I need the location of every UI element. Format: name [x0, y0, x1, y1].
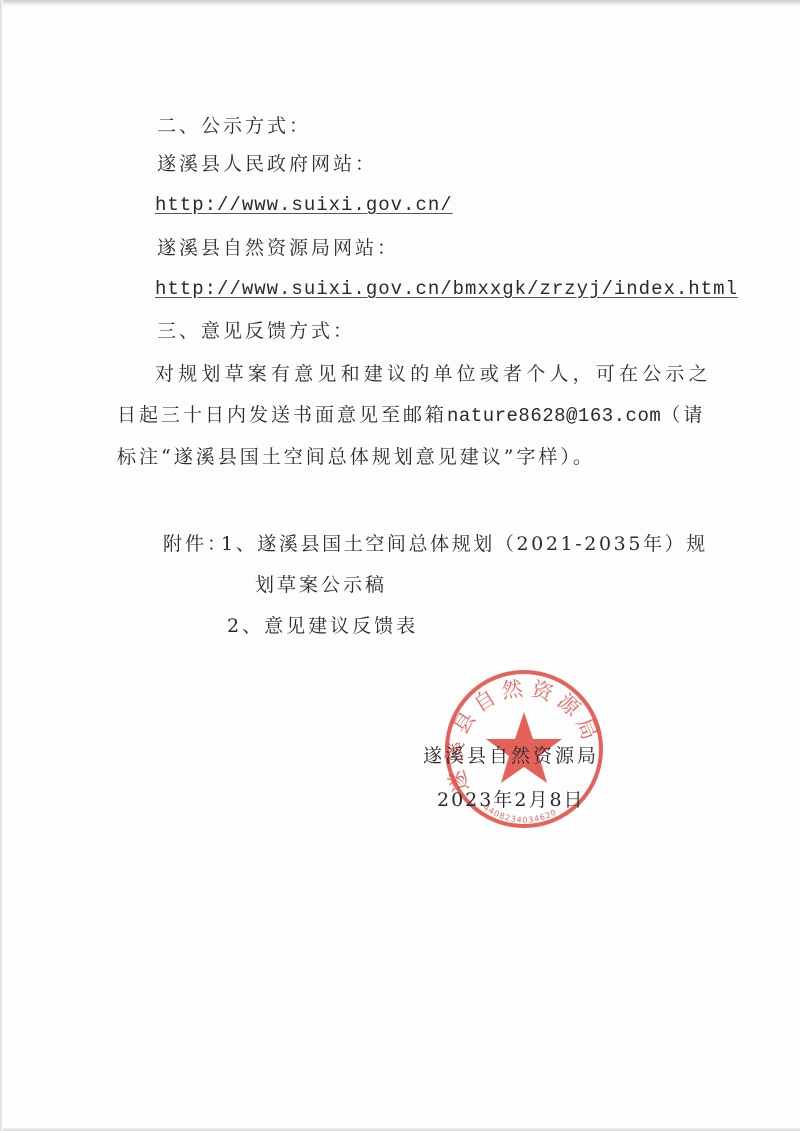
section3-heading: 三、意见反馈方式：	[157, 319, 355, 343]
feedback-paragraph-line1: 对规划草案有意见和建议的单位或者个人，可在公示之	[155, 362, 712, 386]
section2-heading: 二、公示方式：	[157, 114, 311, 138]
attachment-item-1-cont: 划草案公示稿	[255, 573, 387, 597]
feedback-paragraph-line3: 标注“遂溪县国土空间总体规划意见建议”字样）。	[117, 445, 595, 469]
gov-site-label: 遂溪县人民政府网站：	[157, 152, 377, 176]
attachment-item-2: 2、意见建议反馈表	[227, 614, 418, 638]
feedback-text: 日起三十日内发送书面意见至邮箱	[117, 404, 447, 426]
signature-date: 2023年2月8日	[437, 785, 585, 812]
attachments-label: 附件：	[163, 532, 229, 556]
gov-site-link[interactable]: http://www.suixi.gov.cn/	[155, 193, 453, 217]
email-address[interactable]: nature8628@163.com	[447, 405, 661, 427]
attachment-item-1: 1、遂溪县国土空间总体规划（2021-2035年）规	[221, 532, 708, 556]
signature-org: 遂溪县自然资源局	[423, 741, 599, 768]
feedback-paragraph-line2: 日起三十日内发送书面意见至邮箱nature8628@163.com（请	[117, 403, 705, 428]
scan-edge-left	[0, 0, 3, 1131]
scan-edge-top	[0, 0, 800, 6]
feedback-text-paren: （请	[661, 404, 705, 426]
scan-edge-bottom	[0, 1127, 800, 1131]
bureau-site-label: 遂溪县自然资源局网站：	[157, 236, 399, 260]
bureau-site-link[interactable]: http://www.suixi.gov.cn/bmxxgk/zrzyj/ind…	[155, 277, 738, 301]
